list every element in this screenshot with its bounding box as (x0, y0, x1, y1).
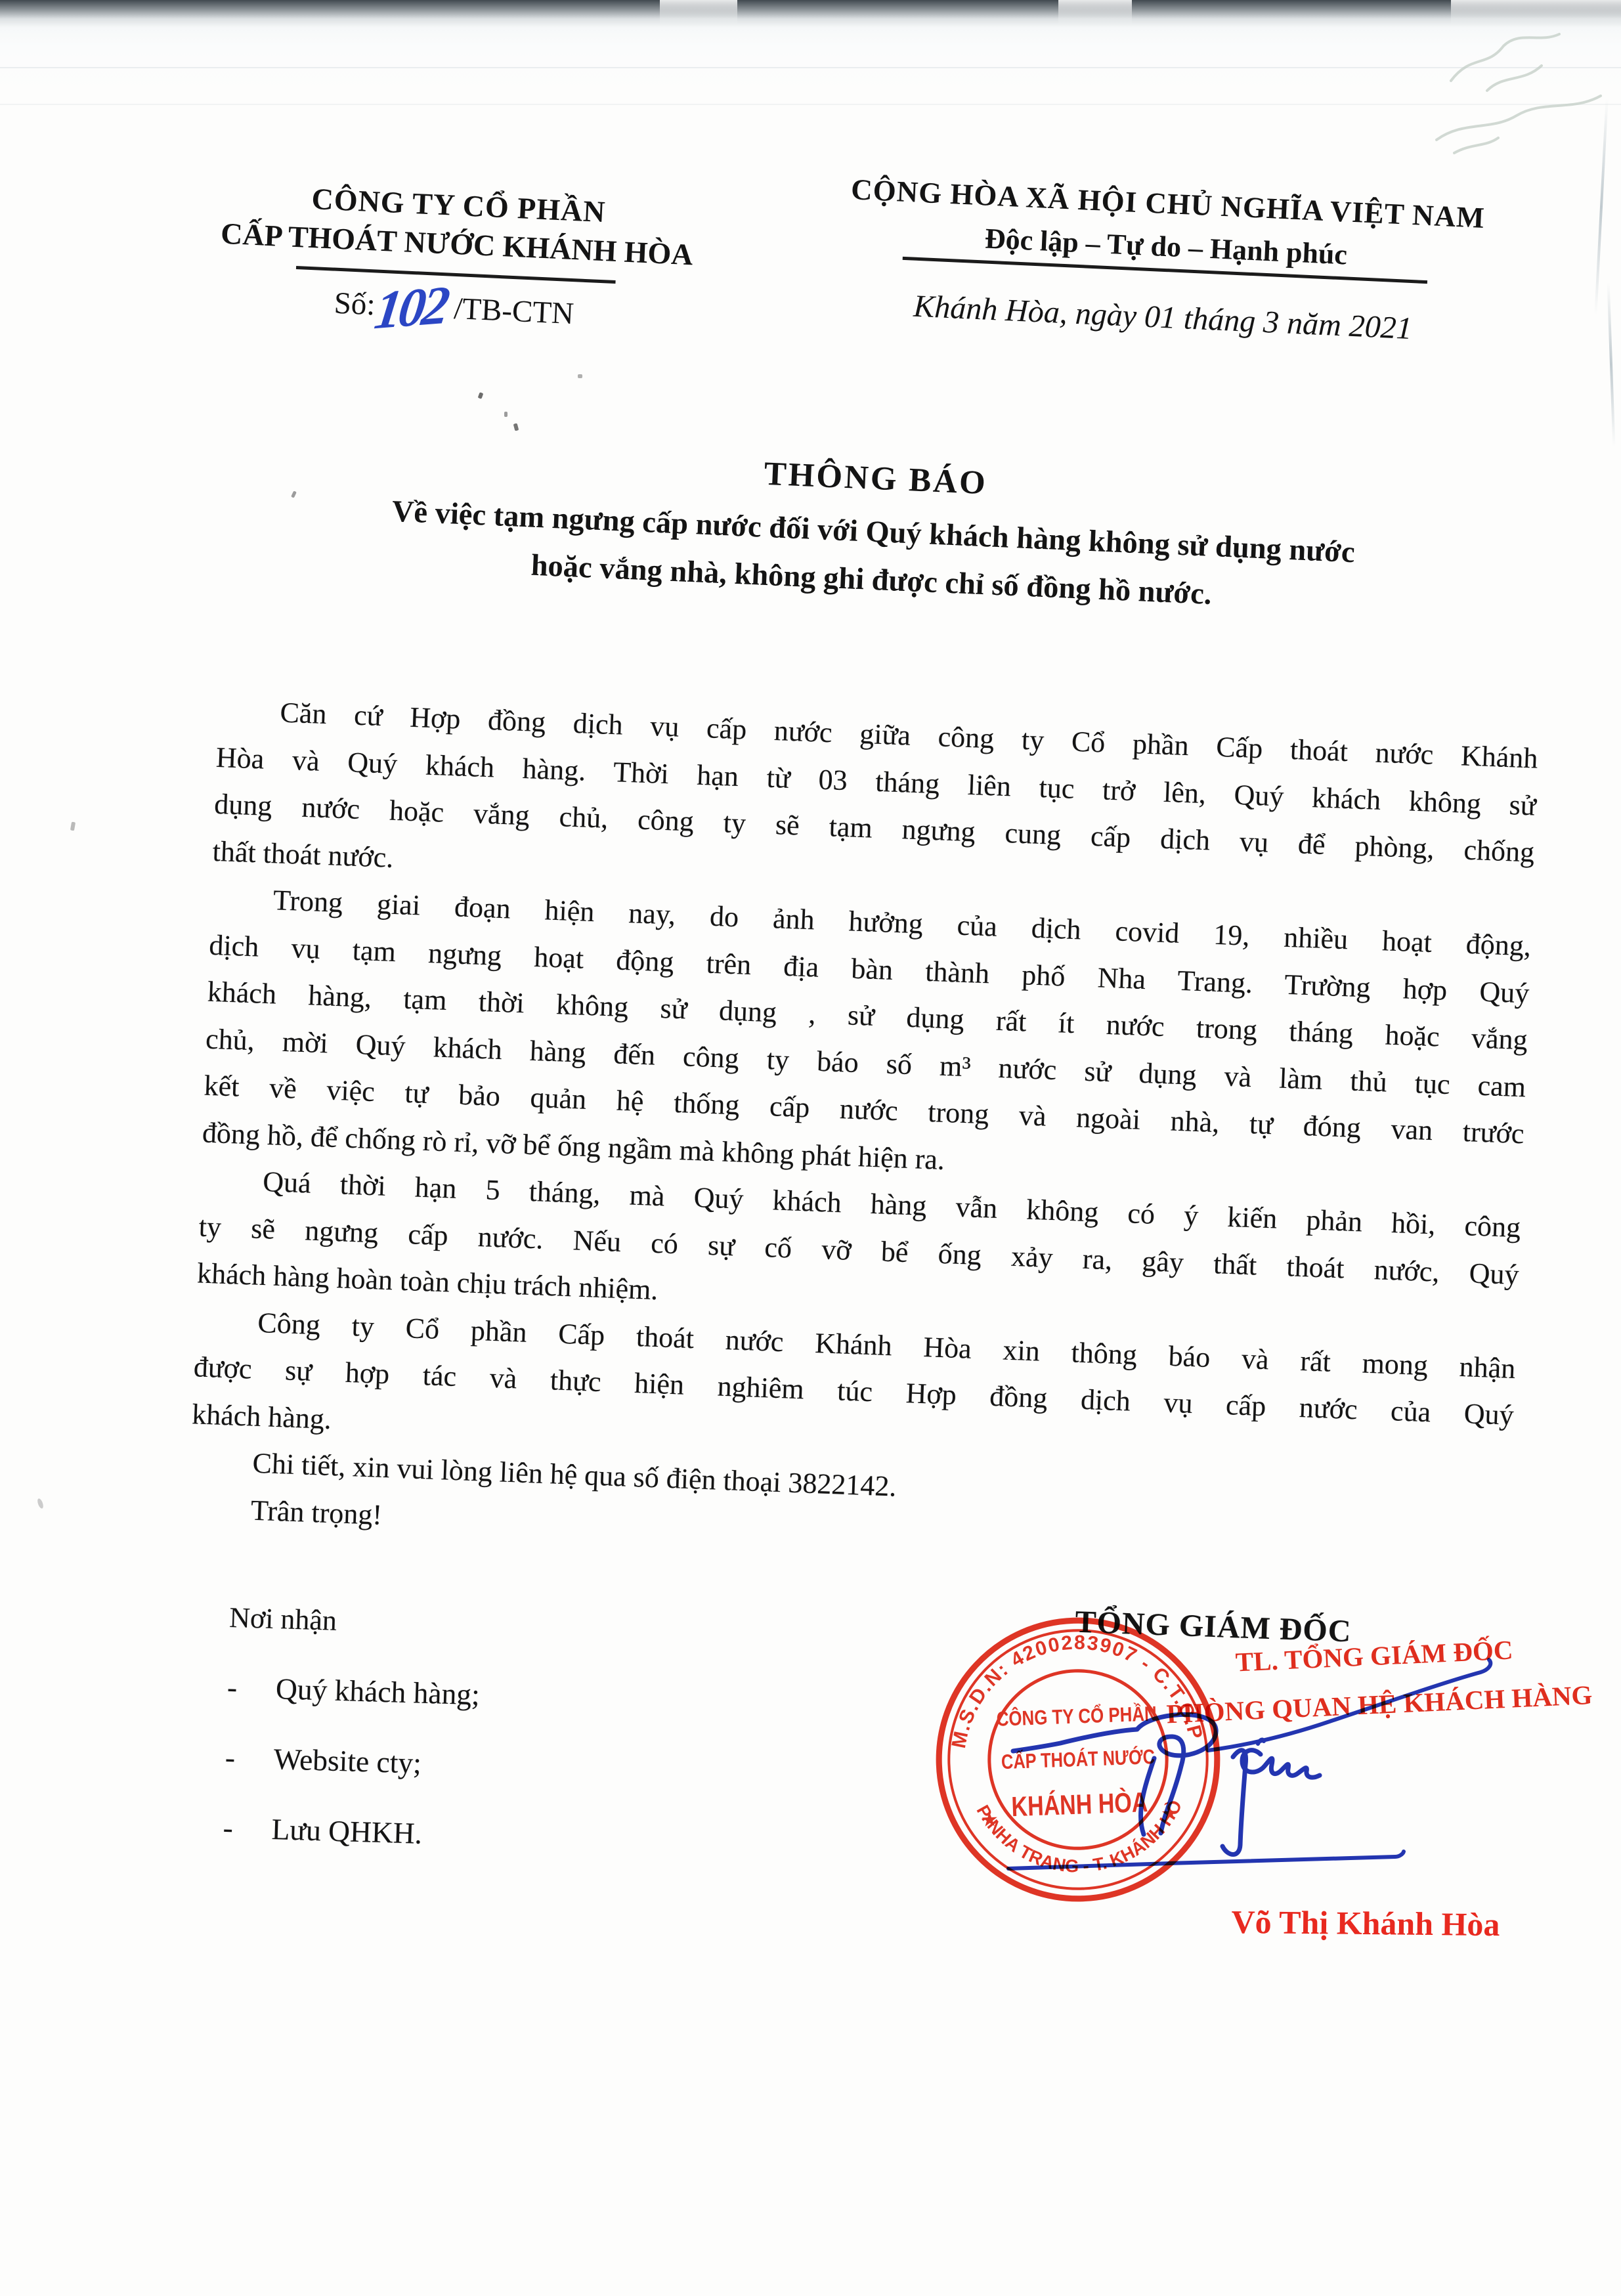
scan-speck (70, 822, 76, 831)
scanner-band-gap (1058, 0, 1132, 25)
recipient-label: Website cty; (273, 1741, 422, 1781)
scanner-band-gap (1451, 0, 1621, 25)
signer-name: Võ Thị Khánh Hòa (1175, 1902, 1557, 1944)
recipient-dash: - (225, 1740, 274, 1776)
national-motto-block: CỘNG HÒA XÃ HỘI CHỦ NGHĨA VIỆT NAM Độc l… (785, 169, 1545, 353)
recipients-title: Nơi nhận (228, 1601, 728, 1649)
scanned-letter-page: CÔNG TY CỔ PHẦN CẤP THOÁT NƯỚC KHÁNH HÒA… (0, 0, 1621, 2296)
scan-speck (478, 392, 484, 399)
faint-handwriting-scribble (1425, 25, 1621, 163)
issuer-underline (295, 266, 615, 284)
recipient-label: Lưu QHKH. (271, 1811, 423, 1851)
document-number-prefix: Số: (334, 286, 376, 322)
recipient-item: -Quý khách hàng; (227, 1670, 726, 1720)
recipient-item: -Lưu QHKH. (223, 1810, 722, 1860)
recipient-item: -Website cty; (225, 1740, 724, 1790)
document-number-handwritten: 102 (374, 292, 448, 324)
issuer-block: CÔNG TY CỔ PHẦN CẤP THOÁT NƯỚC KHÁNH HÒA… (168, 175, 745, 339)
recipient-label: Quý khách hàng; (275, 1671, 480, 1712)
place-date-line: Khánh Hòa, ngày 01 tháng 3 năm 2021 (785, 282, 1540, 353)
scan-speck (578, 374, 582, 378)
document-number-line: Số:102/TB-CTN (168, 278, 741, 339)
scan-fold-line (0, 104, 1621, 105)
scanner-edge-band (0, 0, 1621, 28)
scan-speck (36, 1498, 44, 1509)
document-number-suffix: /TB-CTN (453, 292, 574, 331)
scan-speck (504, 412, 508, 417)
body-paragraphs: Căn cứ Hợp đồng dịch vụ cấp nước giữa cô… (188, 687, 1539, 1580)
scan-speck (513, 423, 519, 431)
scan-fold-line (0, 67, 1621, 68)
recipient-dash: - (223, 1810, 272, 1846)
recipient-dash: - (227, 1670, 276, 1706)
scan-streak (1607, 282, 1616, 446)
recipients-list: -Quý khách hàng;-Website cty;-Lưu QHKH. (223, 1670, 727, 1859)
recipients-block: Nơi nhận -Quý khách hàng;-Website cty;-L… (223, 1601, 729, 1859)
document-title-block: THÔNG BÁO Về việc tạm ngưng cấp nước đối… (218, 431, 1530, 632)
scanner-band-gap (660, 0, 737, 25)
